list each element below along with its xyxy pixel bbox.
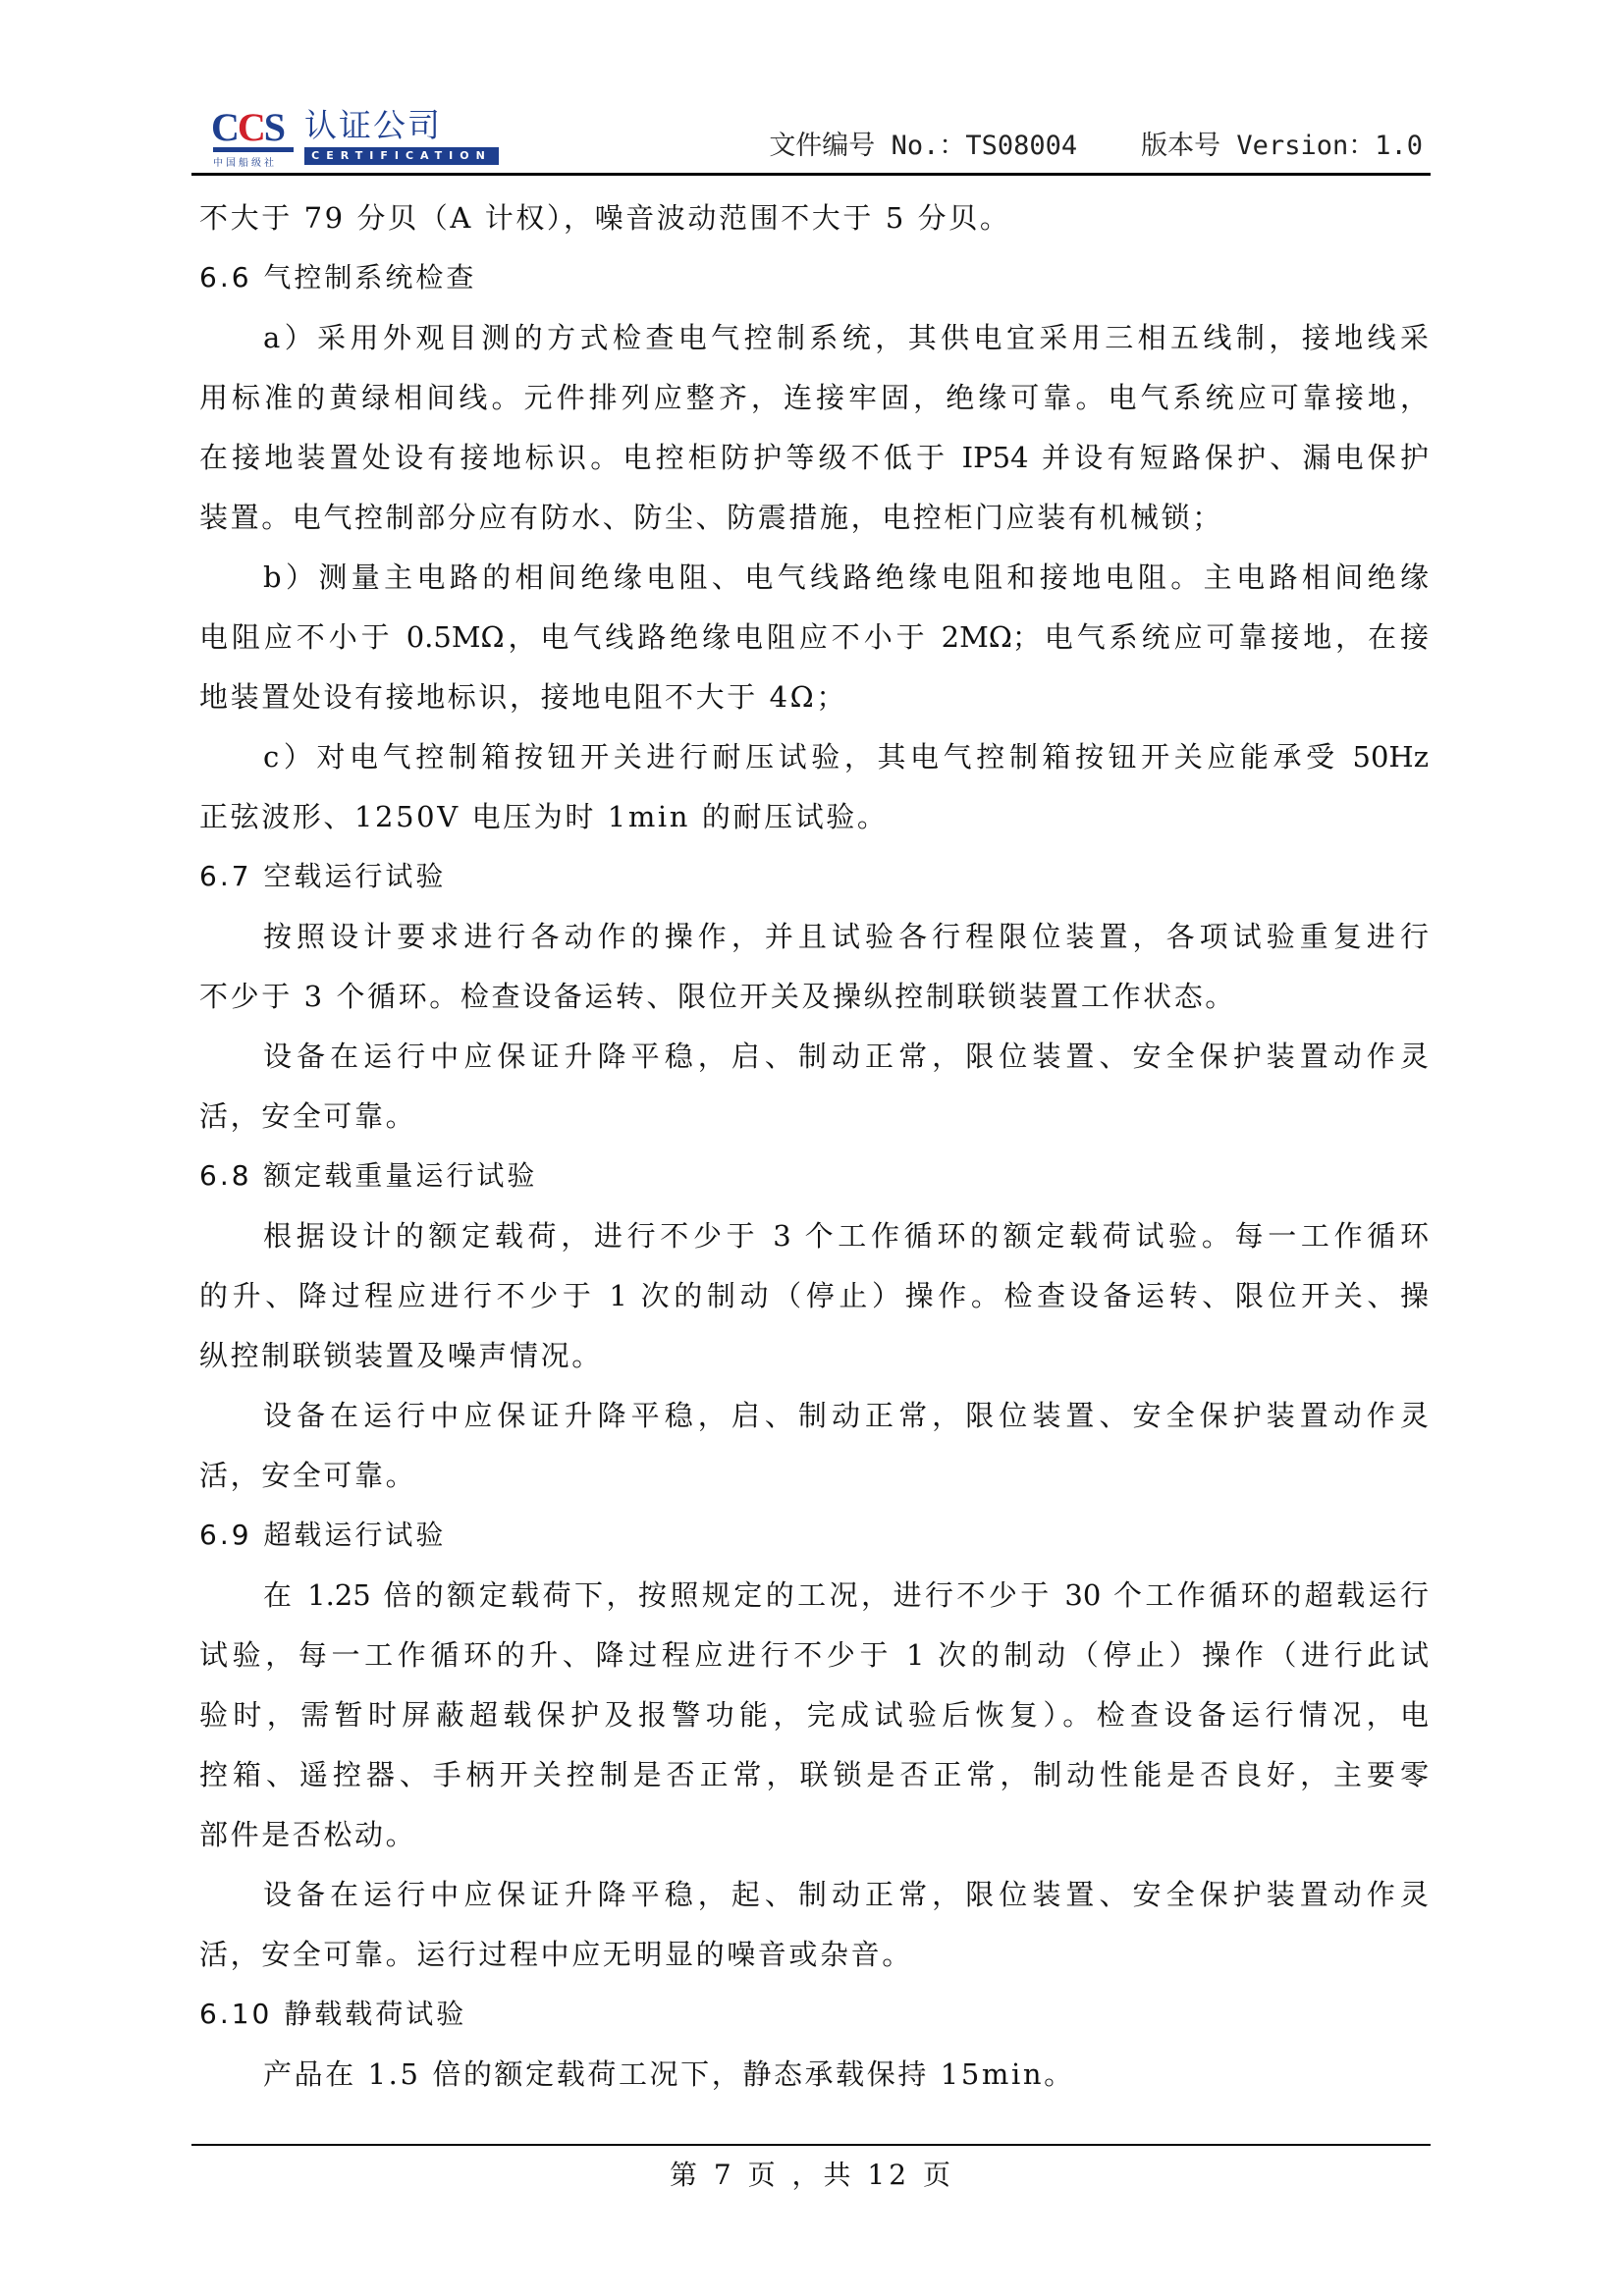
body-text-line: 用标准的黄绿相间线。元件排列应整齐，连接牢固，绝缘可靠。电气系统应可靠接地，	[199, 378, 1429, 417]
body-text-line: 部件是否松动。	[199, 1815, 1429, 1854]
body-text-line: 控箱、遥控器、手柄开关控制是否正常，联锁是否正常，制动性能是否良好，主要零	[199, 1755, 1429, 1794]
body-text-line: 正弦波形、1250V 电压为时 1min 的耐压试验。	[199, 797, 1429, 836]
body-text-line: 根据设计的额定载荷，进行不少于 3 个工作循环的额定载荷试验。每一工作循环	[263, 1216, 1429, 1255]
body-text-line: 活，安全可靠。	[199, 1456, 1429, 1495]
body-text-line: 的升、降过程应进行不少于 1 次的制动（停止）操作。检查设备运转、限位开关、操	[199, 1276, 1429, 1315]
body-text-line: 装置。电气控制部分应有防水、防尘、防震措施，电控柜门应装有机械锁；	[199, 498, 1429, 537]
body-text-line: a）采用外观目测的方式检查电气控制系统，其供电宜采用三相五线制，接地线采	[263, 318, 1429, 357]
company-name-en: CERTIFICATION	[304, 147, 499, 165]
ccs-letter-s: S	[264, 105, 284, 149]
body-text-line: 设备在运行中应保证升降平稳，起、制动正常，限位装置、安全保护装置动作灵	[263, 1875, 1429, 1914]
body-text-line: 在接地装置处设有接地标识。电控柜防护等级不低于 IP54 并设有短路保护、漏电保…	[199, 438, 1429, 477]
body-text-line: 地装置处设有接地标识，接地电阻不大于 4Ω；	[199, 677, 1429, 717]
body-text-line: 验时，需暂时屏蔽超载保护及报警功能，完成试验后恢复）。检查设备运行情况，电	[199, 1695, 1429, 1735]
page-number: 第 7 页 ，共 12 页	[0, 2156, 1624, 2195]
version-label: 版本号 Version：	[1141, 131, 1375, 161]
body-text-line: 活，安全可靠。运行过程中应无明显的噪音或杂音。	[199, 1935, 1429, 1974]
ccs-logo-mark: CCS	[211, 108, 284, 147]
ccs-society-bar	[213, 147, 294, 152]
section-heading: 6.7 空载运行试验	[199, 857, 1429, 896]
ccs-letter-c2: C	[238, 105, 264, 149]
ccs-letter-c1: C	[211, 105, 238, 149]
body-text-line: 不大于 79 分贝（A 计权），噪音波动范围不大于 5 分贝。	[199, 198, 1429, 238]
footer-rule	[191, 2144, 1431, 2146]
body-text-line: 电阻应不小于 0.5MΩ，电气线路绝缘电阻应不小于 2MΩ；电气系统应可靠接地，…	[199, 617, 1429, 657]
body-text-line: 不少于 3 个循环。检查设备运转、限位开关及操纵控制联锁装置工作状态。	[199, 977, 1429, 1016]
body-text-line: 产品在 1.5 倍的额定载荷工况下，静态承载保持 15min。	[263, 2055, 1429, 2094]
body-text-line: 活，安全可靠。	[199, 1096, 1429, 1136]
section-heading: 6.10 静载载荷试验	[199, 1995, 1429, 2034]
body-text-line: 试验，每一工作循环的升、降过程应进行不少于 1 次的制动（停止）操作（进行此试	[199, 1635, 1429, 1675]
header-rule	[191, 173, 1431, 176]
document-meta: 文件编号 No.：TS08004 版本号 Version：1.0	[769, 130, 1423, 163]
doc-number-label: 文件编号 No.：	[769, 131, 965, 161]
body-text-line: 按照设计要求进行各动作的操作，并且试验各行程限位装置，各项试验重复进行	[263, 917, 1429, 956]
company-name-cn: 认证公司	[304, 108, 442, 143]
body-text-line: 在 1.25 倍的额定载荷下，按照规定的工况，进行不少于 30 个工作循环的超载…	[263, 1575, 1429, 1615]
section-heading: 6.6 气控制系统检查	[199, 258, 1429, 297]
society-name-cn: 中国船级社	[213, 154, 277, 169]
section-heading: 6.9 超载运行试验	[199, 1516, 1429, 1555]
body-text-line: 设备在运行中应保证升降平稳，启、制动正常，限位装置、安全保护装置动作灵	[263, 1396, 1429, 1435]
body-text-line: 纵控制联锁装置及噪声情况。	[199, 1336, 1429, 1375]
section-heading: 6.8 额定载重量运行试验	[199, 1156, 1429, 1196]
doc-number: TS08004	[965, 131, 1077, 161]
body-text-line: 设备在运行中应保证升降平稳，启、制动正常，限位装置、安全保护装置动作灵	[263, 1037, 1429, 1076]
body-text-line: b）测量主电路的相间绝缘电阻、电气线路绝缘电阻和接地电阻。主电路相间绝缘	[263, 558, 1429, 597]
body-text-line: c）对电气控制箱按钮开关进行耐压试验，其电气控制箱按钮开关应能承受 50Hz	[263, 737, 1429, 776]
ccs-certification-logo: CCS 中国船级社 认证公司 CERTIFICATION	[211, 108, 501, 167]
version-number: 1.0	[1375, 131, 1423, 161]
